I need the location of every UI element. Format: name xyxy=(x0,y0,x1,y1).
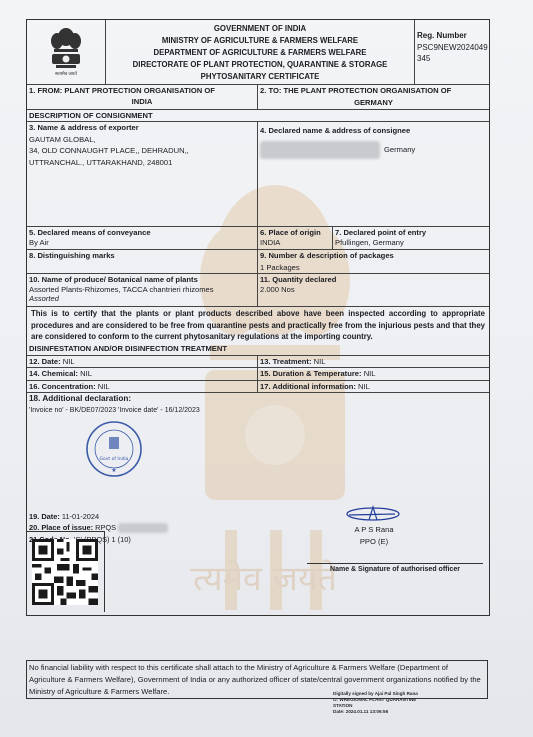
reg-number-value: PSC9NEW2024049 xyxy=(417,42,487,54)
declaration-and-signature-area: 18. Additional declaration: 'Invoice no'… xyxy=(27,393,489,615)
from-value: INDIA xyxy=(29,97,255,106)
liability-disclaimer: No financial liability with respect to t… xyxy=(26,660,488,699)
reg-number-value-cont: 345 xyxy=(417,53,487,65)
svg-text:Govt of India: Govt of India xyxy=(100,456,129,462)
marks-label: 8. Distinguishing marks xyxy=(29,251,255,260)
exporter-cell: 3. Name & address of exporter GAUTAM GLO… xyxy=(27,122,258,226)
produce-botanical: Assorted xyxy=(29,294,255,303)
emblem-caption: सत्यमेव जयते xyxy=(55,71,77,77)
conveyance-value: By Air xyxy=(29,238,255,247)
govt-line: GOVERNMENT OF INDIA xyxy=(108,23,412,35)
signature-caption: Name & Signature of authorised officer xyxy=(307,563,483,575)
officer-block: A P S Rana PPO (E) xyxy=(339,524,409,547)
quantity-label: 11. Quantity declared xyxy=(260,275,487,284)
concentration-cell: 16. Concentration: NIL xyxy=(27,381,258,392)
produce-cell: 10. Name of produce/ Botanical name of p… xyxy=(27,274,258,306)
packages-label: 9. Number & description of packages xyxy=(260,251,487,260)
redacted-place xyxy=(118,523,168,533)
entry-value: Pfullingen, Germany xyxy=(335,238,487,247)
officer-name: A P S Rana xyxy=(339,524,409,535)
to-cell: 2. TO: THE PLANT PROTECTION ORGANISATION… xyxy=(258,85,489,109)
consignee-cell: 4. Declared name & address of consignee … xyxy=(258,122,489,226)
directorate-line: DIRECTORATE OF PLANT PROTECTION, QUARANT… xyxy=(108,59,412,71)
reg-number-cell: Reg. Number PSC9NEW2024049 345 xyxy=(415,20,489,84)
department-line: DEPARTMENT OF AGRICULTURE & FARMERS WELF… xyxy=(108,47,412,59)
marks-cell: 8. Distinguishing marks xyxy=(27,250,258,273)
treatment-section-title: DISINFESTATION AND/OR DISINFECTION TREAT… xyxy=(27,343,489,355)
duration-cell: 15. Duration & Temperature: NIL xyxy=(258,368,489,379)
officer-signature-icon xyxy=(345,505,401,523)
from-cell: 1. FROM: PLANT PROTECTION ORGANISATION O… xyxy=(27,85,258,109)
exporter-label: 3. Name & address of exporter xyxy=(29,123,255,132)
treatment-date-cell: 12. Date: NIL xyxy=(27,356,258,367)
entry-cell: 7. Declared point of entry Pfullingen, G… xyxy=(333,227,489,249)
certificate-title: PHYTOSANITARY CERTIFICATE xyxy=(108,71,412,83)
qr-code-icon xyxy=(32,537,98,607)
exporter-address-1: 34, OLD CONNAUGHT PLACE,, DEHRADUN,, xyxy=(29,145,255,156)
declaration-value: 'Invoice no' - BK/DE07/2023 'Invoice dat… xyxy=(27,406,489,417)
consignment-section-title: DESCRIPTION OF CONSIGNMENT xyxy=(27,110,489,122)
quantity-cell: 11. Quantity declared 2.000 Nos xyxy=(258,274,489,306)
produce-label: 10. Name of produce/ Botanical name of p… xyxy=(29,275,255,284)
exporter-address-2: UTTRANCHAL., UTTARAKHAND, 248001 xyxy=(29,157,255,168)
additional-info-cell: 17. Additional information: NIL xyxy=(258,381,489,392)
consignee-label: 4. Declared name & address of consignee xyxy=(260,126,487,135)
entry-label: 7. Declared point of entry xyxy=(335,228,487,237)
certification-statement: This is to certify that the plants or pl… xyxy=(27,307,489,343)
origin-label: 6. Place of origin xyxy=(260,228,330,237)
origin-value: INDIA xyxy=(260,238,330,247)
chemical-cell: 14. Chemical: NIL xyxy=(27,368,258,379)
origin-cell: 6. Place of origin INDIA xyxy=(258,227,333,249)
to-label: 2. TO: THE PLANT PROTECTION ORGANISATION… xyxy=(260,86,487,95)
packages-value: 1 Packages xyxy=(260,263,487,272)
svg-text:★: ★ xyxy=(111,467,116,474)
conveyance-cell: 5. Declared means of conveyance By Air xyxy=(27,227,258,249)
produce-value: Assorted Plants-Rhizomes, TACCA chantrie… xyxy=(29,285,255,294)
certificate-form: सत्यमेव जयते GOVERNMENT OF INDIA MINISTR… xyxy=(26,19,490,616)
certificate-title-block: GOVERNMENT OF INDIA MINISTRY OF AGRICULT… xyxy=(106,20,415,84)
emblem-cell: सत्यमेव जयते xyxy=(27,20,106,84)
exporter-name: GAUTAM GLOBAL, xyxy=(29,134,255,145)
packages-cell: 9. Number & description of packages 1 Pa… xyxy=(258,250,489,273)
digital-signature-block: Digitally signed by Ajai Pal Singh Rana … xyxy=(333,691,418,715)
quantity-value: 2.000 Nos xyxy=(260,285,487,294)
officer-designation: PPO (E) xyxy=(339,536,409,547)
issue-date: 19. Date: 11-01-2024 xyxy=(29,511,168,522)
treatment-type-cell: 13. Treatment: NIL xyxy=(258,356,489,367)
reg-number-label: Reg. Number xyxy=(417,30,487,42)
conveyance-label: 5. Declared means of conveyance xyxy=(29,228,255,237)
from-label: 1. FROM: PLANT PROTECTION ORGANISATION O… xyxy=(29,86,255,95)
redacted-consignee-name xyxy=(260,141,380,159)
declaration-label: 18. Additional declaration: xyxy=(27,393,489,405)
ministry-line: MINISTRY OF AGRICULTURE & FARMERS WELFAR… xyxy=(108,35,412,47)
official-stamp-icon: Govt of India ★ xyxy=(85,420,143,478)
certificate-page: सत्यमेव जयते सत्यमेव जयते xyxy=(0,0,533,737)
qr-code-box[interactable] xyxy=(27,531,105,612)
to-value: GERMANY xyxy=(260,98,487,107)
consignee-country: Germany xyxy=(384,145,415,154)
ashoka-emblem-icon xyxy=(48,27,84,71)
